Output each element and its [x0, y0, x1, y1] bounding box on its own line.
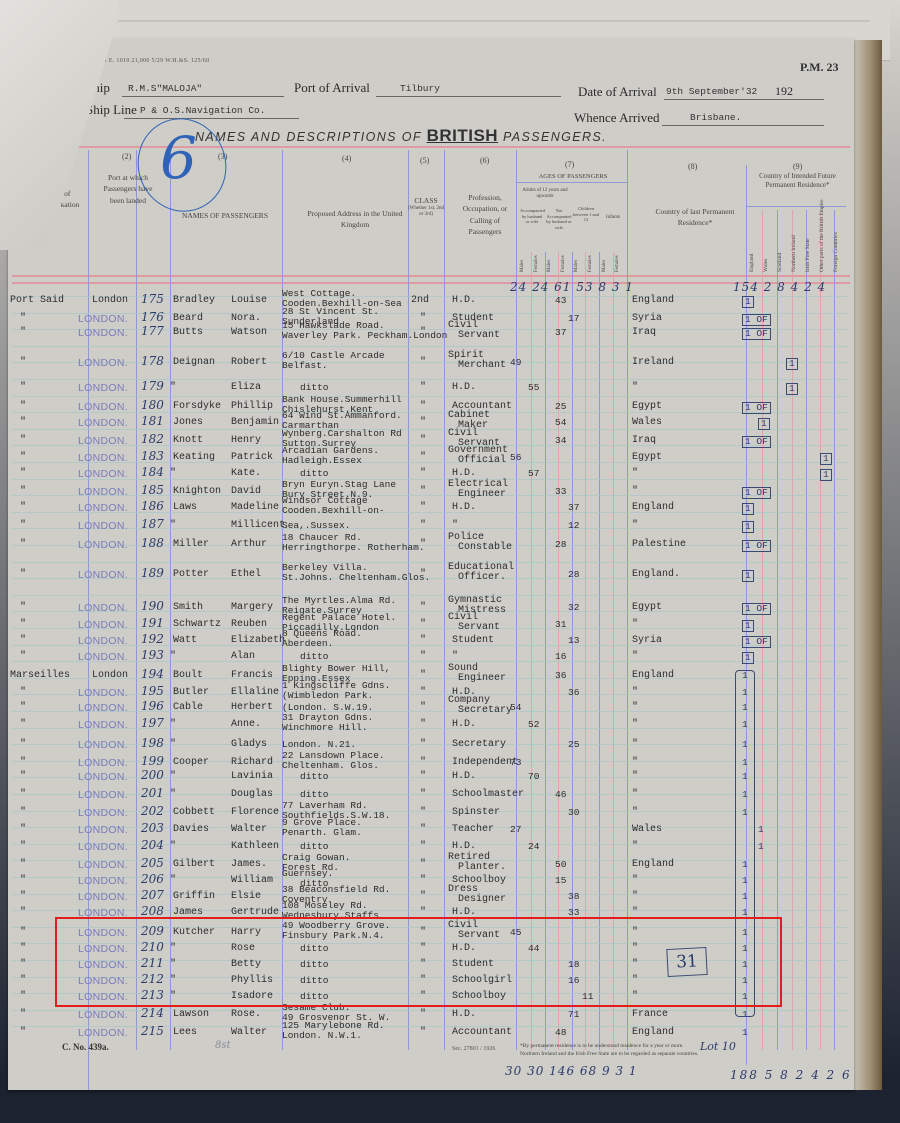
ship-value: R.M.S"MALOJA"	[128, 83, 202, 94]
address-line-2: London. N.W.1.	[282, 1031, 362, 1041]
occupation: Merchant	[458, 361, 506, 371]
residence-subcol-1: Wales	[763, 259, 769, 272]
port-of-embarkation: "	[20, 703, 26, 713]
passenger-number: 183	[141, 451, 164, 461]
port-of-embarkation: "	[20, 960, 26, 970]
last-residence-country: "	[632, 487, 638, 497]
passenger-number: 203	[141, 823, 164, 833]
port-of-embarkation: "	[20, 808, 26, 818]
occupation: "	[452, 521, 458, 531]
port-of-embarkation: "	[20, 720, 26, 730]
surname: Butts	[173, 328, 203, 338]
last-residence-country: "	[632, 892, 638, 902]
intended-residence-tally: 1	[742, 620, 754, 632]
age: 37	[568, 503, 579, 513]
address-line-2: St.Johns. Cheltenham.Glos.	[282, 573, 430, 583]
port-landed: LONDON.	[78, 521, 128, 531]
first-name: Arthur	[231, 540, 267, 550]
first-name: Benjamin	[231, 418, 279, 428]
occupation: Engineer	[458, 490, 506, 500]
age: 57	[528, 469, 539, 479]
port-of-embarkation: "	[20, 772, 26, 782]
passenger-number: 194	[141, 669, 164, 679]
date-of-arrival-label: Date of Arrival	[578, 84, 657, 100]
port-landed: LONDON.	[78, 842, 128, 852]
surname: Knott	[173, 436, 203, 446]
passenger-number: 197	[141, 718, 164, 728]
passenger-number: 215	[141, 1026, 164, 1036]
address-line-2: Belfast.	[282, 361, 328, 371]
residence-subcol-5: Other parts of the British Empire	[819, 199, 825, 272]
surname: Keating	[173, 453, 215, 463]
last-residence-country: Wales	[632, 825, 662, 835]
last-residence-country: Ireland	[632, 358, 674, 368]
residence-subcol-2: Scotland	[777, 253, 783, 272]
surname: "	[170, 876, 176, 886]
address-line-2: Cheltenham. Glos.	[282, 761, 379, 771]
address-line-2: ditto	[300, 842, 329, 852]
age: 27	[510, 825, 521, 835]
class: "	[420, 436, 426, 446]
age: 13	[568, 636, 579, 646]
port-landed: LONDON.	[78, 825, 128, 835]
col7-adults: Adults of 12 years and upwards	[520, 188, 570, 200]
passenger-number: 198	[141, 738, 164, 748]
address-line-2: Cooden.Bexhill-on-	[282, 506, 385, 516]
ship-line-value: P & O.S.Navigation Co.	[140, 105, 265, 116]
class: "	[420, 328, 426, 338]
age: 38	[568, 892, 579, 902]
intended-residence-tally: 1 OF	[742, 636, 771, 648]
port-of-embarkation: "	[20, 636, 26, 646]
port-of-embarkation: "	[20, 908, 26, 918]
port-of-embarkation: Port Said	[10, 296, 64, 306]
port-landed: LONDON.	[78, 620, 128, 630]
last-residence-country: England.	[632, 570, 680, 580]
first-name: David	[231, 487, 261, 497]
intended-residence-tally: 1	[758, 842, 764, 852]
last-residence-country: "	[632, 876, 638, 886]
surname: "	[170, 652, 176, 662]
col5-sub: (Whether 1st, 2nd or 3rd)	[408, 206, 444, 218]
port-landed: LONDON.	[78, 740, 128, 750]
occupation: Secretary	[452, 740, 506, 750]
class: "	[420, 383, 426, 393]
col9-num: (9)	[793, 162, 802, 171]
age-subcol-1: Females	[534, 255, 539, 272]
last-residence-country: Wales	[632, 418, 662, 428]
occupation: Spinster	[452, 808, 500, 818]
first-name: Anne.	[231, 720, 261, 730]
port-of-arrival-label: Port of Arrival	[294, 80, 370, 96]
age-subcol-5: Females	[588, 255, 593, 272]
occupation: Servant	[458, 623, 500, 633]
port-of-embarkation: "	[20, 314, 26, 324]
title-prefix: NAMES AND DESCRIPTIONS OF	[195, 130, 422, 144]
occupation: Constable	[458, 543, 512, 553]
port-landed: LONDON.	[78, 790, 128, 800]
form-number: C. No. 439a.	[62, 1042, 109, 1052]
surname: Cooper	[173, 758, 209, 768]
surname: Griffin	[173, 892, 215, 902]
passenger-number: 180	[141, 400, 164, 410]
port-landed: LONDON.	[78, 860, 128, 870]
port-of-embarkation: "	[20, 487, 26, 497]
last-residence-country: England	[632, 860, 674, 870]
surname: Forsdyke	[173, 402, 221, 412]
binding-edge	[854, 40, 882, 1090]
class: "	[420, 808, 426, 818]
address-line-2: Hadleigh.Essex	[282, 456, 362, 466]
last-residence-country: "	[632, 758, 638, 768]
class: "	[420, 418, 426, 428]
class: "	[420, 671, 426, 681]
address-line-2: London. N.21.	[282, 740, 356, 750]
last-residence-country: "	[632, 740, 638, 750]
first-name: Herbert	[231, 703, 273, 713]
class: "	[420, 1028, 426, 1038]
address-line-2: Herringthorpe. Rotherham.	[282, 543, 425, 553]
age: 28	[568, 570, 579, 580]
intended-residence-tally: 1	[786, 358, 798, 370]
age: 43	[555, 296, 566, 306]
surname: Smith	[173, 603, 203, 613]
port-landed: LONDON.	[78, 772, 128, 782]
col7-not-accompanied: Not Accompanied by husband or wife	[546, 208, 572, 230]
class: "	[420, 688, 426, 698]
port-of-embarkation: "	[20, 790, 26, 800]
whence-arrived-label: Whence Arrived	[574, 110, 660, 126]
passenger-number: 177	[141, 326, 164, 336]
age: 54	[555, 418, 566, 428]
intended-residence-tally: 1	[758, 418, 770, 430]
class: "	[420, 540, 426, 550]
first-name: Watson	[231, 328, 267, 338]
passenger-number: 206	[141, 874, 164, 884]
age: 25	[568, 740, 579, 750]
address-line-2: (Wimbledon Park.	[282, 691, 373, 701]
class: "	[420, 772, 426, 782]
port-of-embarkation: "	[20, 758, 26, 768]
first-name: Walter	[231, 825, 267, 835]
occupation: Servant	[458, 331, 500, 341]
address-line-2: Sea,.Sussex.	[282, 521, 350, 531]
port-of-embarkation: "	[20, 876, 26, 886]
footnote-line-2: Northern Ireland and the Irish Free Stat…	[520, 1050, 800, 1058]
passenger-number: 196	[141, 701, 164, 711]
form-code: P.M. 23	[800, 60, 839, 75]
port-of-embarkation: Marseilles	[10, 671, 70, 681]
intended-residence-tally: 1	[742, 521, 754, 533]
age: 56	[510, 453, 521, 463]
class: "	[420, 758, 426, 768]
printer-mark: C.& E. 1010 21,000 5/29 W.H.&S. 125/60	[96, 58, 209, 64]
last-residence-country: "	[632, 469, 638, 479]
first-name: Margery	[231, 603, 273, 613]
last-residence-country: France	[632, 1010, 668, 1020]
first-name: Reuben	[231, 620, 267, 630]
occupation: Engineer	[458, 674, 506, 684]
footnote-line-1: *By permanent residence is to be underst…	[520, 1042, 800, 1050]
age: 37	[555, 328, 566, 338]
surname: Lawson	[173, 1010, 209, 1020]
surname: Miller	[173, 540, 209, 550]
col5-num: (5)	[420, 156, 429, 165]
port-of-embarkation: "	[20, 860, 26, 870]
occupation: Student	[452, 636, 494, 646]
sec-number: Sec. 27801 / 1926	[452, 1046, 495, 1052]
port-of-embarkation: "	[20, 976, 26, 986]
address-line-2: ditto	[300, 652, 329, 662]
occupation: H.D.	[452, 503, 476, 513]
occupation: Designer	[458, 895, 506, 905]
intended-residence-tally: 1	[742, 570, 754, 582]
port-landed: LONDON.	[78, 652, 128, 662]
intended-residence-tally: 1	[742, 503, 754, 515]
passenger-number: 178	[141, 356, 164, 366]
intended-residence-tally: 1 OF	[742, 540, 771, 552]
page-number-handwritten: 6	[160, 128, 197, 188]
class: "	[420, 314, 426, 324]
occupation: "	[452, 652, 458, 662]
port-of-embarkation: "	[20, 740, 26, 750]
class: "	[420, 469, 426, 479]
whence-arrived-value: Brisbane.	[690, 112, 741, 123]
class: "	[420, 402, 426, 412]
first-name: Louise	[231, 296, 267, 306]
class: "	[420, 720, 426, 730]
last-residence-country: "	[632, 772, 638, 782]
ship-line-label: Ship Line	[86, 102, 137, 118]
port-of-embarkation: "	[20, 1010, 26, 1020]
passenger-number: 205	[141, 858, 164, 868]
class: "	[420, 652, 426, 662]
last-residence-country: "	[632, 790, 638, 800]
address-line-2: ditto	[300, 790, 329, 800]
intended-residence-tally: 1 OF	[742, 314, 771, 326]
passenger-number: 186	[141, 501, 164, 511]
age: 55	[528, 383, 539, 393]
surname: "	[170, 521, 176, 531]
col5-header: CLASS (Whether 1st, 2nd or 3rd)	[408, 195, 444, 218]
port-of-embarkation: "	[20, 402, 26, 412]
age-subcol-0: Males	[520, 260, 525, 272]
age: 12	[568, 521, 579, 531]
port-landed: LONDON.	[78, 688, 128, 698]
port-landed: LONDON.	[78, 876, 128, 886]
date-year-prefix: 192	[775, 84, 793, 99]
last-residence-country: Palestine	[632, 540, 686, 550]
passenger-number: 190	[141, 601, 164, 611]
port-landed: LONDON.	[78, 1028, 128, 1038]
age: 50	[555, 860, 566, 870]
first-name: James.	[231, 860, 267, 870]
first-name: Gladys	[231, 740, 267, 750]
passenger-number: 192	[141, 634, 164, 644]
class: "	[420, 453, 426, 463]
surname: Cable	[173, 703, 203, 713]
passenger-number: 176	[141, 312, 164, 322]
first-name: Elsie	[231, 892, 261, 902]
port-landed: LONDON.	[78, 892, 128, 902]
port-of-embarkation: "	[20, 540, 26, 550]
first-name: William	[231, 876, 273, 886]
occupation: H.D.	[452, 772, 476, 782]
age-subcol-6: Males	[602, 260, 607, 272]
first-name: Florence	[231, 808, 279, 818]
last-residence-country: "	[632, 842, 638, 852]
passenger-number: 199	[141, 756, 164, 766]
passenger-number: 202	[141, 806, 164, 816]
occupation: H.D.	[452, 720, 476, 730]
age: 70	[528, 772, 539, 782]
intended-residence-tally: 1	[742, 652, 754, 664]
class: "	[420, 503, 426, 513]
first-name: Ethel	[231, 570, 261, 580]
port-landed: LONDON.	[78, 402, 128, 412]
occupation: Teacher	[452, 825, 494, 835]
port-of-embarkation: "	[20, 944, 26, 954]
surname: Gilbert	[173, 860, 215, 870]
port-of-embarkation: "	[20, 620, 26, 630]
intended-residence-tally: 1 OF	[742, 487, 771, 499]
port-landed: LONDON.	[78, 636, 128, 646]
class: "	[420, 892, 426, 902]
col5-title: CLASS	[408, 195, 444, 206]
last-residence-country: "	[632, 620, 638, 630]
last-residence-country: Iraq	[632, 328, 656, 338]
col7-num: (7)	[565, 160, 574, 169]
age: 54	[510, 703, 521, 713]
age: 25	[555, 402, 566, 412]
surname: Beard	[173, 314, 203, 324]
class: 2nd	[411, 296, 429, 306]
first-name: Henry	[231, 436, 261, 446]
page-residence-totals: 188 5 8 2 4 2 6	[730, 1068, 852, 1082]
port-of-embarkation: "	[20, 1028, 26, 1038]
age-subcol-4: Males	[574, 260, 579, 272]
port-landed: LONDON.	[78, 383, 128, 393]
last-residence-country: England	[632, 296, 674, 306]
age: 17	[568, 314, 579, 324]
residence-subcol-4: Irish Free State	[805, 238, 811, 272]
first-name: Madeline	[231, 503, 279, 513]
col8-header: Country of last Permanent Residence*	[650, 206, 740, 229]
title-british: BRITISH	[427, 126, 499, 145]
col6-num: (6)	[480, 156, 489, 165]
passenger-number: 184	[141, 467, 164, 477]
occupation: Planter.	[458, 863, 506, 873]
port-of-embarkation: "	[20, 453, 26, 463]
surname: "	[170, 383, 176, 393]
port-landed: LONDON.	[78, 570, 128, 580]
age: 48	[555, 1028, 566, 1038]
occupation: Accountant	[452, 1028, 512, 1038]
intended-residence-tally: 1	[742, 1028, 748, 1038]
surname: Jones	[173, 418, 203, 428]
first-name: Richard	[231, 758, 273, 768]
port-of-embarkation: "	[20, 992, 26, 1002]
residence-subcol-6: Foreign Countries	[833, 232, 839, 272]
port-of-embarkation: "	[20, 842, 26, 852]
address-line-2: Winchmore Hill.	[282, 723, 368, 733]
first-name: Kathleen	[231, 842, 279, 852]
port-landed: LONDON.	[78, 703, 128, 713]
occupation: Secretary	[458, 706, 512, 716]
occupation: Official	[458, 456, 506, 466]
port-of-embarkation: "	[20, 825, 26, 835]
col4-header: Proposed Address in the United Kingdom	[300, 208, 410, 231]
passenger-number: 200	[141, 770, 164, 780]
surname: "	[170, 740, 176, 750]
address-line-2: Aberdeen.	[282, 639, 333, 649]
page-age-totals: 30 30 146 68 9 3 1	[505, 1064, 638, 1078]
port-of-embarkation: "	[20, 603, 26, 613]
port-of-embarkation: "	[20, 436, 26, 446]
class: "	[420, 703, 426, 713]
first-name: Patrick	[231, 453, 273, 463]
port-landed: LONDON.	[78, 328, 128, 338]
col7-infants: Infants	[600, 214, 626, 222]
surname: Knighton	[173, 487, 221, 497]
occupation: H.D.	[452, 296, 476, 306]
pencil-mark: 8st	[215, 1040, 231, 1051]
passenger-number: 193	[141, 650, 164, 660]
first-name: Millicent	[231, 521, 285, 531]
passenger-number: 204	[141, 840, 164, 850]
page-title: NAMES AND DESCRIPTIONS OF BRITISH PASSEN…	[195, 126, 607, 146]
intended-residence-tally: 1	[820, 453, 832, 465]
last-residence-country: Egypt	[632, 402, 662, 412]
age: 16	[555, 652, 566, 662]
col6-header: Profession, Occupation, or Calling of Pa…	[454, 192, 516, 237]
first-name: Alan	[231, 652, 255, 662]
class: "	[420, 842, 426, 852]
port-of-embarkation: "	[20, 928, 26, 938]
passenger-number: 201	[141, 788, 164, 798]
port-of-embarkation: "	[20, 469, 26, 479]
last-residence-country: England	[632, 503, 674, 513]
surname: Lees	[173, 1028, 197, 1038]
age-subcol-3: Females	[561, 255, 566, 272]
surname: Watt	[173, 636, 197, 646]
last-residence-country: "	[632, 383, 638, 393]
port-landed: London	[92, 671, 128, 681]
port-of-embarkation: "	[20, 358, 26, 368]
port-landed: LONDON.	[78, 758, 128, 768]
age: 33	[555, 487, 566, 497]
first-name: Elizabeth	[231, 636, 285, 646]
occupation: Officer.	[458, 573, 506, 583]
first-name: Lavinia	[231, 772, 273, 782]
port-of-embarkation: "	[20, 688, 26, 698]
last-residence-country: England	[632, 671, 674, 681]
class: "	[420, 740, 426, 750]
class: "	[420, 358, 426, 368]
port-of-embarkation: "	[20, 652, 26, 662]
last-residence-country: England	[632, 1028, 674, 1038]
last-residence-country: Syria	[632, 314, 662, 324]
age: 36	[555, 671, 566, 681]
age: 30	[568, 808, 579, 818]
last-residence-country: Syria	[632, 636, 662, 646]
port-of-arrival-value: Tilbury	[400, 83, 440, 94]
age: 34	[555, 436, 566, 446]
first-name: Robert	[231, 358, 267, 368]
age-subcol-7: Females	[615, 255, 620, 272]
intended-residence-tally: 1	[758, 825, 764, 835]
surname: "	[170, 720, 176, 730]
